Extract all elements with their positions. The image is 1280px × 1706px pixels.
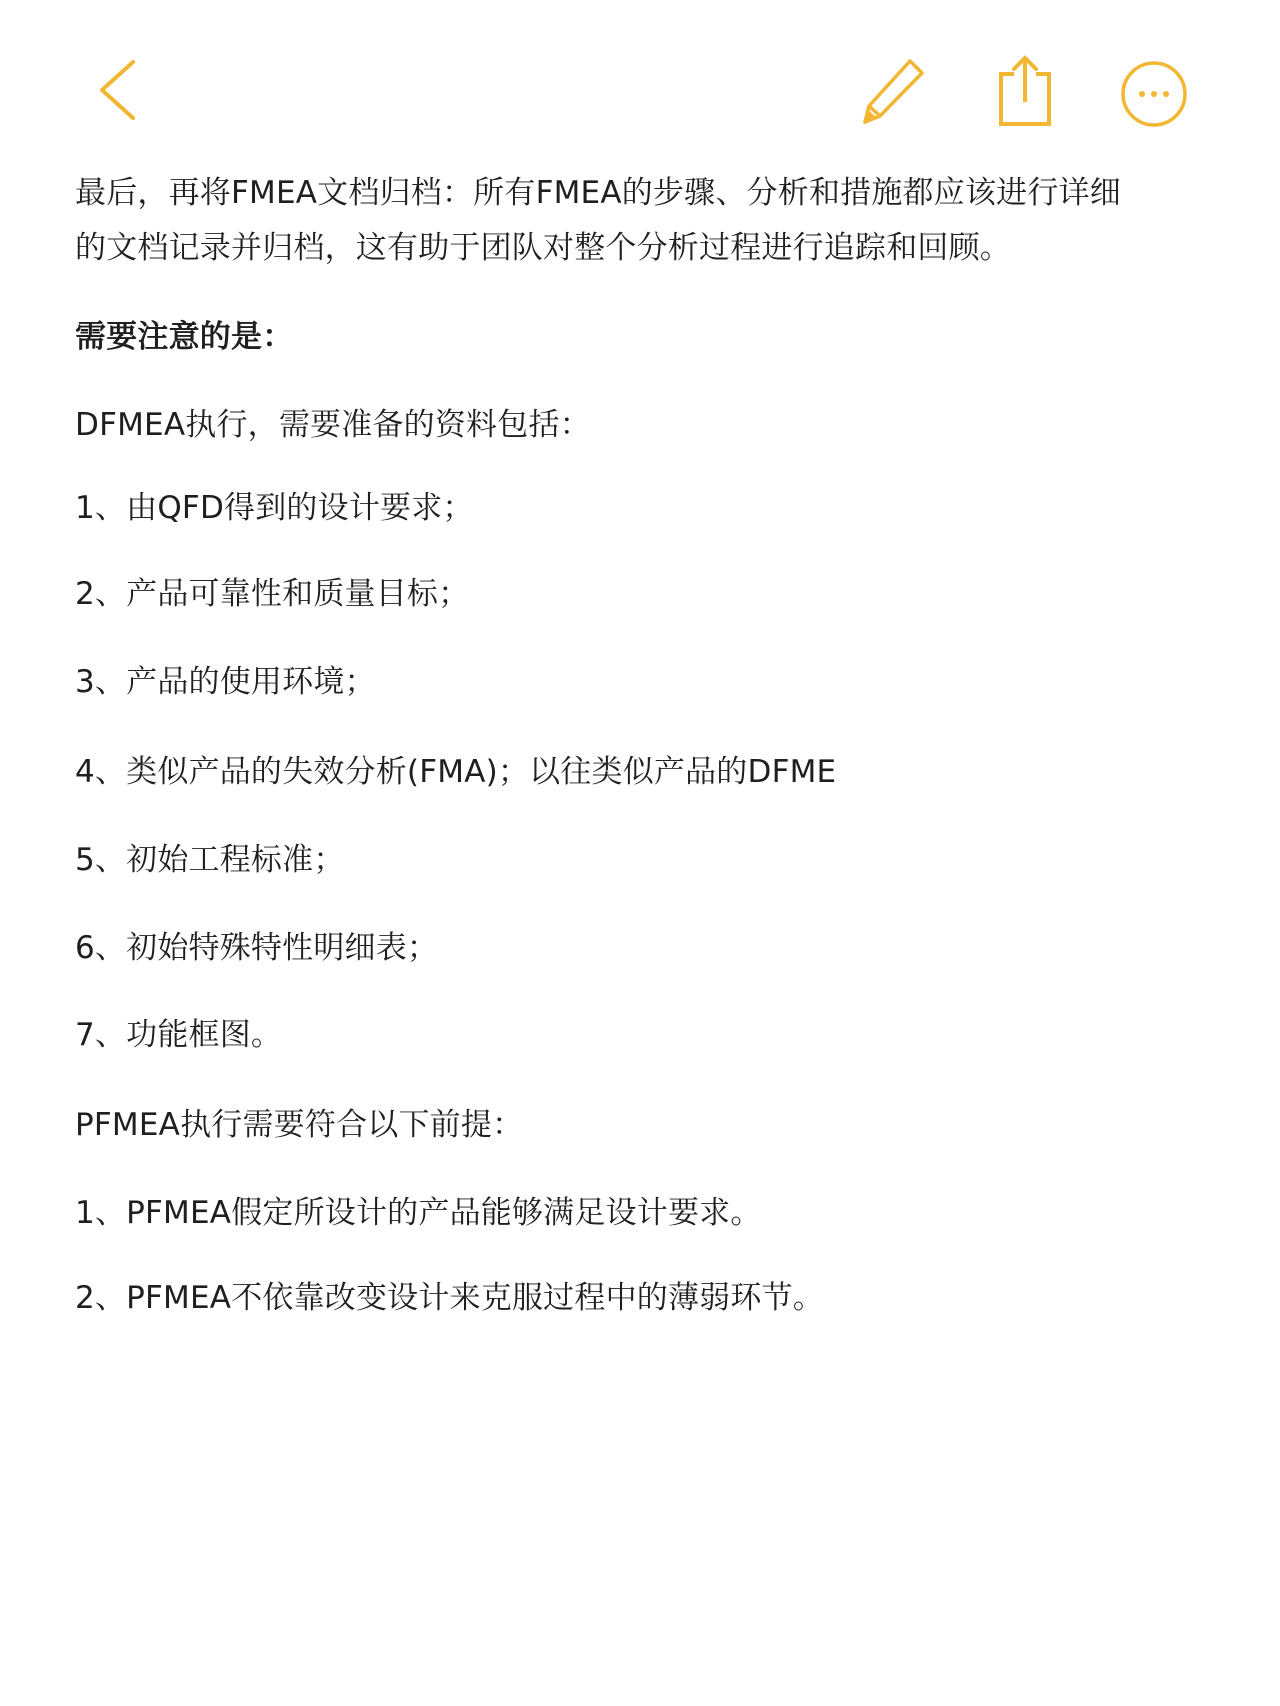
list-item: 2、PFMEA不依靠改变设计来克服过程中的薄弱环节。 [75,1276,824,1320]
list-item: 2、产品可靠性和质量目标； [75,572,469,616]
list-item: 1、PFMEA假定所设计的产品能够满足设计要求。 [75,1191,762,1235]
list-item: 1、由QFD得到的设计要求； [75,486,474,530]
list-item: 5、初始工程标准； [75,838,345,882]
list-item: 6、初始特殊特性明细表； [75,926,438,970]
chevron-left-icon [92,56,144,124]
paragraph-line: 最后，再将FMEA文档归档：所有FMEA的步骤、分析和措施都应该进行详细 [75,171,1121,215]
more-circle-icon [1118,58,1190,130]
edit-button[interactable] [858,56,928,128]
share-button[interactable] [994,54,1056,130]
pfmea-intro: PFMEA执行需要符合以下前提： [75,1103,523,1147]
list-item: 3、产品的使用环境； [75,660,376,704]
section-heading: 需要注意的是： [75,315,293,359]
back-button[interactable] [92,56,144,124]
pencil-icon [858,56,928,128]
share-icon [994,54,1056,130]
more-button[interactable] [1118,58,1190,130]
list-item: 7、功能框图。 [75,1013,282,1057]
list-item: 4、类似产品的失效分析(FMA)；以往类似产品的DFME [75,750,836,794]
paragraph-line: 的文档记录并归档，这有助于团队对整个分析过程进行追踪和回顾。 [75,226,1011,270]
dfmea-intro: DFMEA执行，需要准备的资料包括： [75,403,591,447]
